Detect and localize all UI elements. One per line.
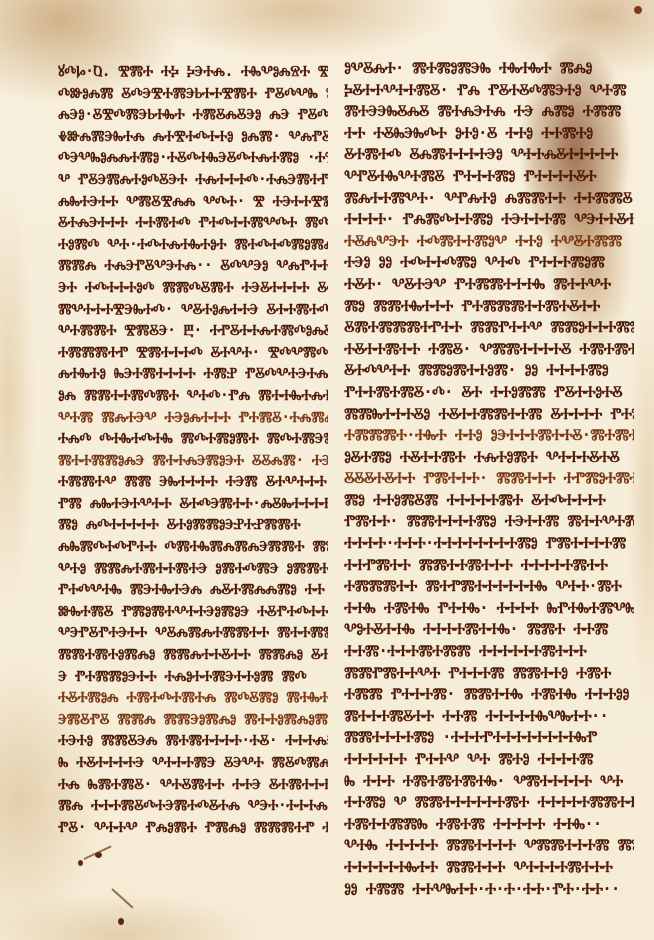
text-line: Ⰸ ⰀⰋⰀⰀⰀⰀⰅ ⰂⰀⰀⰀⰏⰅ ⰋⰅⰂⰀ ⰏⰋⰄⰏⰎ (58, 752, 328, 775)
text-line: Ⰸ ⰀⰀⰀ ⰀⰏⰀⰏⰀⰏⰀⰈ· ⰂⰏⰀⰀⰀⰀⰀ ⰂⰀ (344, 770, 634, 793)
text-line: ⰀⰏⰏⰏⰀⰒ ⰊⰏⰀⰀⰀⰄ ⰋⰀⰂⰀ· ⰊⰄⰂⰏⰄⰏⰏⰀ ⰏⰑ (58, 342, 328, 365)
text-line: ⰏⰎⰀⰀⰏⰂⰀ· ⰂⰒⰎⰀⰑ ⰎⰏⰏⰀⰀ ⰀⰀⰏⰏⰋ (344, 187, 634, 210)
text-line: ⰂⰀⰏⰏⰀ ⰊⰏⰋⰅ· Ⰱ· ⰀⰒⰋⰀⰀⰎⰀⰏⰄⰑⰎⰋ ⰏⰄ (58, 321, 328, 344)
text-line: ⰏⰀⰀⰏⰏⰑⰎⰅ ⰏⰀⰀⰎⰅⰏⰑⰅⰀ ⰋⰋⰎⰏ· ⰀⰅⰎ (58, 450, 328, 473)
text-line: ⰋⰀⰏⰀⰄ ⰋⰎⰏⰀⰀⰀⰀⰅⰑ ⰂⰀⰀⰎⰋⰀⰀⰀⰀⰀ (344, 144, 634, 167)
text-line: ⰑⰋⰀⰏⰑ ⰀⰋⰀⰀⰏⰀ ⰀⰎⰀⰑⰏⰀ ⰂⰀⰀⰀⰋⰀⰋ (344, 446, 634, 469)
text-line: ⰂⰀⰈ ⰀⰀⰀⰀⰀ ⰏⰏⰀⰀⰀⰀ ⰂⰏⰏⰀⰀⰀⰏ ⰏⰏⰀ (344, 835, 634, 858)
text-line: ⰀⰀⰏⰑ Ⰲ ⰏⰏⰀⰀⰀⰀⰀⰀⰏⰀ ⰀⰀⰀⰀⰀⰏⰏⰀⰀⰀ· (344, 792, 634, 815)
left-text-column: ꙋⰄⰘ·Ⱒ. ⰊⰏⰀ ⰀⰍ ⰍⰅⰀⰎ. ⰀⰈⰂⰑⰎⰔⰀ ⰊⰘⰟⰞⰄⰖⰑⰎⰏ ⰋⰄ… (58, 62, 328, 839)
text-line: ⰅⰏⰋⰒⰋ ⰏⰏⰎ ⰏⰏⰅⰑⰏⰎⰑ ⰏⰀⰀⰑⰏⰎⰑⰏ ⰀⰋ (58, 709, 328, 732)
text-line: ⰏⰏⰀⰀⰀⰀⰏⰑ ·ⰀⰀⰀⰒⰀⰀⰀⰀⰀⰀⰀⰀⰈⰒ (344, 727, 634, 750)
text-line: ⰎⰀⰈⰀⰑ ⰈⰅⰀⰏⰀⰀⰀⰀ ⰀⰏⰐ ⰒⰋⰄⰂⰀⰅⰀⰎⰑⰎ (58, 364, 328, 387)
text-line: ⰏⰀⰀⰀⰏⰋⰀⰀ ⰀⰀⰏ ⰀⰀⰀⰀⰀⰈⰂⰈⰀⰀ·· (344, 705, 634, 728)
manuscript-page: ꙋⰄⰘ·Ⱒ. ⰊⰏⰀ ⰀⰍ ⰍⰅⰀⰎ. ⰀⰈⰂⰑⰎⰔⰀ ⰊⰘⰟⰞⰄⰖⰑⰎⰏ ⰋⰄ… (0, 0, 654, 940)
text-line: ⰄⰖⰑⰎⰏ ⰋⰄⰅⰊⰀⰏⰅⰓⰀⰀⰊⰏⰀ ⰒⰋⰄⰂⰈ Ⰿ (58, 83, 328, 106)
text-line: ⰏⰂⰀⰀⰀⰊⰅⰈⰀⰄ· ⰂⰋⰀⰑⰎⰀⰀⰅ ⰋⰀⰀⰏⰀⰄ (58, 299, 328, 322)
text-line: ⰀⰀⰀⰀ·ⰀⰀⰀ·ⰀⰀⰀⰀⰀⰀⰀⰀⰏⰑ ⰒⰏⰀⰀⰀⰀⰏ (344, 533, 634, 556)
text-line: ⰋⰀⰄⰂⰀⰀ ⰏⰏⰑⰏⰀⰀⰑⰏ· ⰑⰑ ⰀⰀⰀⰀⰏⰑ (344, 360, 634, 383)
text-line: ⰂⰒⰋⰀⰈⰂⰀⰏⰋ ⰒⰀⰀⰀⰏⰑ ⰒⰀⰀⰀⰀⰋⰀ (344, 165, 634, 188)
text-line: ⰋⰀⰎⰅⰀⰀⰀ ⰀⰀⰏⰀⰄ ⰒⰀⰄⰀⰀⰏⰂⰄⰀ ⰏⰄ (58, 213, 328, 236)
text-line: ⰀⰅⰀⰑ ⰏⰏⰋⰅⰎ ⰏⰀⰏⰀⰀⰀⰀ·ⰀⰋ· ⰀⰀⰀⰎⰅⰀ (58, 731, 328, 754)
text-line: ⰒⰀⰄⰂⰀⰈ ⰏⰅⰀⰈⰀⰅⰎ ⰎⰋⰀⰏⰎⰎⰏⰑ ⰀⰀ (58, 580, 328, 603)
text-line: ⰀⰏⰏⰏⰀⰀ ⰏⰀⰒⰏⰀⰀⰀⰀⰀⰀⰈ ⰂⰀⰀ·ⰏⰀ (344, 576, 634, 599)
text-line: ⰑⰎ ⰏⰏⰀⰀⰏⰄⰏⰀ ⰂⰀⰄ·ⰒⰎ ⰏⰀⰀⰈⰀⰎⰀⰏⰎⰑ ⰎⰎ (58, 385, 328, 408)
text-line: ⰏⰏⰎ ⰀⰎⰅⰒⰋⰂⰅⰀⰎ·· ⰋⰄⰂⰅⰑ ⰂⰎⰒⰀⰀⰀⰄ Ⰵ (58, 256, 328, 279)
text-line: ⰋⰋⰋⰀⰋⰀⰀ ⰒⰏⰀⰀⰀ· ⰏⰏⰀⰀⰀ ⰀⰒⰏⰑⰀⰏⰀ (344, 468, 634, 491)
text-line: ⰀⰋⰎⰂⰅⰀ ⰀⰄⰏⰀⰀⰏⰑⰂ ⰀⰀⰑ ⰀⰂⰋⰀⰏⰏ (344, 230, 634, 253)
text-line: ⰏⰑ ⰏⰏⰀⰈⰀⰀⰀ ⰒⰀⰏⰏⰏⰀⰀⰏⰀⰋⰀⰀ (344, 295, 634, 318)
text-line: ⰀⰋⰀⰀⰏⰀⰀ ⰀⰏⰋ· ⰂⰏⰏⰀⰀⰀⰀⰋ ⰀⰏⰀⰏⰀ (344, 338, 634, 361)
text-line: ⰏⰏⰀⰏⰀⰑⰏⰎⰑ ⰏⰏⰎⰀⰀⰋⰀⰀ ⰏⰏⰎⰑ ⰋⰀⰄ (58, 644, 328, 667)
text-line: ⰀⰀⰒⰏⰀⰀ ⰏⰏⰀⰀⰏⰀⰀⰀ ⰀⰀⰀⰀⰀⰏⰀⰀ (344, 554, 634, 577)
text-line: ⰏⰀⰅⰅⰈⰋⰎⰋ ⰏⰀⰎⰅⰀⰎ ⰀⰅ ⰎⰏⰑ ⰀⰏⰏ (344, 101, 634, 124)
text-line: ⰀⰀⰀⰀ· ⰒⰎⰏⰄⰀⰀⰏⰑ ⰀⰅⰀⰀⰀⰏ ⰂⰅⰀⰀⰋⰀⰀ (344, 209, 634, 232)
right-text-column: ⰑⰂⰋⰎⰀ· ⰏⰀⰏⰑⰏⰅⰈ ⰀⰈⰀⰈⰀ ⰏⰎⰑⰍⰋⰀⰀⰂⰀⰀⰏⰋ· ⰒⰎ ⰒⰋ… (344, 58, 634, 900)
text-line: ⰒⰏⰀⰀ· ⰏⰏⰀⰀⰀⰀⰏⰑ ⰀⰅⰀⰀⰏ ⰏⰀⰀⰂⰀⰏ (344, 511, 634, 534)
text-line: ⰏⰏⰈⰀⰀⰀⰋⰑ ⰀⰋⰀⰀⰏⰏⰀⰀⰏ ⰋⰀⰀⰀⰀ ⰒⰀⰏⰏ (344, 403, 634, 426)
text-line: ⰂⰀⰑ ⰏⰏⰎⰀⰏⰀⰀⰏⰀⰅ ⰑⰏⰀⰄⰏⰅ ⰑⰏⰏⰀⰈⰀⰄⰎ (58, 558, 328, 581)
text-line: ⰀⰀⰏ·ⰀⰀⰀⰏⰀⰏⰏ ⰀⰀⰀⰀⰀⰀⰏⰀⰀⰀ (344, 640, 634, 663)
text-line: ꙋⰄⰘ·Ⱒ. ⰊⰏⰀ ⰀⰍ ⰍⰅⰀⰎ. ⰀⰈⰂⰑⰎⰔⰀ ⰊⰘⰟⰞ (58, 61, 328, 84)
text-line: ⰀⰋⰀ· ⰂⰋⰀⰅⰂ ⰒⰀⰏⰏⰀⰀⰀⰈ ⰏⰀⰀⰂⰀ (344, 273, 634, 296)
text-line: ⰑⰂⰋⰎⰀ· ⰏⰀⰏⰑⰏⰅⰈ ⰀⰈⰀⰈⰀ ⰏⰎⰑ (344, 57, 634, 80)
text-line: ⰂⰑⰀⰋⰀⰀⰈ ⰀⰀⰀⰀⰏⰀⰀⰈ· ⰏⰏⰀ ⰀⰀⰏ (344, 619, 634, 642)
text-line: ⰑⰑ ⰀⰏⰏ ⰀⰀⰂⰈⰀⰀ·Ⰰ·Ⰰ·ⰀⰀ·ⰒⰀ·ⰀⰀ·· (344, 878, 634, 901)
text-line: ⰏⰑ ⰎⰄⰀⰀⰀⰀⰀ ⰋⰀⰑⰏⰏⰑⰅⰐⰀⰐⰏⰏⰀ (58, 515, 328, 538)
text-line: ⰇⰖⰎⰏⰅⰈⰀⰎ ⰎⰀⰊⰀⰄⰀⰀⰑ ⰑⰎⰏ· ⰂⰎⰒⰋⰎ, (58, 126, 328, 149)
text-line: ⰅⰀ ⰀⰄⰀⰀⰀⰑⰄ ⰏⰏⰄⰋⰏⰀ ⰀⰅⰋⰀⰀⰀⰀ ⰋⰀⰀ· (58, 277, 328, 300)
text-line: ⰒⰀⰀⰏⰀⰏⰋ·Ⰴ· ⰋⰀ ⰀⰀⰑⰏⰏ ⰒⰋⰀⰀⰑⰀⰋ (344, 381, 634, 404)
text-line: ⰒⰋ· ⰂⰀⰀⰂ ⰒⰎⰑⰏⰀ ⰒⰏⰎⰑ ⰏⰏⰏⰀⰒ ⰀⰄ Ⰰ (58, 817, 328, 840)
text-line: ⰎⰈⰏⰄⰀⰄⰒⰀⰀ ⰄⰏⰀⰈⰏⰎⰏⰎⰅⰏⰏⰀ ⰏⰏⰏⰏⰀ (58, 537, 328, 560)
text-line: ⰂⰅⰒⰋⰒⰀⰅⰀⰀ ⰂⰋⰎⰏⰎⰀⰏⰏⰀⰀ ⰏⰀⰀⰏⰏ· (58, 623, 328, 646)
text-line: ⰎⰈⰀⰅⰀⰀ ⰂⰏⰋⰊⰎⰎ ⰂⰄⰀ· Ⰺ ⰀⰅⰀⰀⰊⰏⰀⰅⰎ (58, 191, 328, 214)
text-line: ⰀⰋⰀⰏⰑⰎ ⰀⰏⰀⰄⰀⰏⰀⰎ ⰏⰄⰋⰏⰑ ⰏⰀⰈⰀⰏⰀ (58, 688, 328, 711)
text-line: ⰏⰏⰒⰏⰀⰀⰂⰀ ⰒⰀⰀⰀⰏ ⰏⰏⰀⰀⰑ ⰀⰏⰀ (344, 662, 634, 685)
ink-blot (118, 918, 124, 925)
text-line: ⰀⰀⰈ ⰀⰏⰀⰈ ⰒⰀⰀⰈ· ⰀⰀⰀⰀ ⰈⰒⰀⰈⰀⰏⰂⰈ Ⰸ (344, 597, 634, 620)
text-line: ⰀⰏⰏⰀⰂ ⰏⰏ ⰅⰈⰀⰀⰀⰀ ⰀⰅⰏ ⰋⰀⰂⰀⰀⰀ (58, 472, 328, 495)
text-line: ⰀⰀⰀⰀⰀⰀ ⰒⰀⰀⰂ ⰂⰀ ⰏⰀⰑ ⰀⰀⰀⰀⰏ (344, 748, 634, 771)
pen-streak (111, 888, 133, 908)
text-line: Ⰲ ⰒⰋⰅⰏⰎⰀⰑⰄⰋⰅⰀ ⰀⰎⰀⰀⰀⰄ·ⰀⰎⰅⰏⰀⰒ·ⰖⰅ (58, 169, 328, 192)
text-line: ⰄⰅⰂⰈⰑⰎⰎⰀⰏⰑ·ⰀⰋⰄⰀⰈⰅⰋⰄⰀⰎⰀⰏⰑ ·ⰀⰊⰄ (58, 148, 328, 171)
text-line: ⰀⰅⰑ ⰑⰑ ⰀⰄⰀⰀⰄⰏⰑ ⰂⰀⰄ ⰒⰀⰀⰀⰏⰑⰏ (344, 252, 634, 275)
text-line: ⰋⰏⰀⰏⰏⰏⰀⰒⰀⰀ ⰏⰏⰒⰀⰀⰂ ⰏⰏⰑⰀⰀⰀⰏⰏ (344, 317, 634, 340)
text-line: ⰀⰑⰏⰄ ⰂⰀ·ⰀⰄⰀⰎⰀⰈⰀⰑⰀ ⰏⰀⰄⰀⰄⰏⰑⰏⰎⰑ (58, 234, 328, 257)
text-line: ⰎⰅⰑ·ⰋⰊⰄⰏⰅⰓⰀⰈⰀ ⰀⰏⰋⰎⰋⰅⰑ ⰎⰅ ⰒⰋⰄⰂⰀ (58, 105, 328, 128)
text-line: Ⰵ ⰒⰀⰏⰏⰑⰅⰀⰀ ⰀⰎⰑⰀⰀⰏⰅⰀⰀⰑⰏ ⰏⰄ (58, 666, 328, 689)
text-line: ⰀⰀⰀⰀⰀⰀⰈⰀⰀ ⰏⰏⰀⰀⰀ ⰂⰀⰀⰀⰀⰏⰀⰀⰀ (344, 856, 634, 879)
text-line: ⰖⰈⰀⰏⰋ ⰒⰏⰑⰏⰀⰂⰀⰀⰅⰑⰏⰑⰅ ⰀⰋⰒⰀⰄⰀⰀⰀ (58, 601, 328, 624)
text-line: ⰀⰏⰏ ⰒⰀⰀⰀⰏ· ⰏⰏⰀⰀⰈ ⰀⰏⰀⰈ ⰀⰀⰀⰑⰑ (344, 684, 634, 707)
text-line: ⰀⰏⰏⰏⰀ·ⰀⰈⰀ ⰀⰀⰑ ⰑⰅⰀⰀⰀⰏⰀⰀⰋ·ⰏⰀⰏⰀ (344, 425, 634, 448)
text-line: ⰀⰀ ⰀⰋⰈⰅⰈⰄⰀ ⰑⰀⰑ·Ⰻ ⰀⰀⰑ ⰀⰀⰏⰀⰑ (344, 122, 634, 145)
text-line: ⰏⰎ ⰀⰀⰀⰏⰋⰄⰀⰅⰏⰀⰄⰋⰀⰎ ⰂⰅⰀ·ⰀⰀⰀⰎ (58, 796, 328, 819)
text-line: ⰏⰑ ⰀⰀⰑⰏⰋⰏ ⰀⰀⰀⰀⰀⰏⰀ ⰋⰀⰄⰀⰀⰀⰀ (344, 489, 634, 512)
text-line: ⰀⰎⰄ ⰄⰀⰈⰀⰄⰀⰈ ⰏⰄⰀⰏⰑⰏⰀ ⰏⰄⰀⰏⰅⰏⰏⰏ·ⰒⰋ (58, 429, 328, 452)
text-line: ⰀⰎ ⰈⰏⰀⰏⰋ· ⰂⰀⰋⰏⰀⰀ ⰀⰀⰅ ⰋⰀⰏⰀⰀⰀ (58, 774, 328, 797)
text-line: ⰀⰏⰀⰀⰏⰏⰈ ⰀⰏⰀⰏ ⰀⰀⰀⰀⰀ ⰀⰀⰈ·· (344, 813, 634, 836)
text-line: ⰒⰏ ⰎⰈⰀⰅⰀⰂⰀⰀ ⰋⰀⰄⰅⰏⰀⰀ·ⰎⰋⰈⰀⰀⰀⰀ (58, 493, 328, 516)
text-line: ⰂⰀⰏ ⰏⰎⰀⰅⰂ ⰀⰅⰑⰎⰀⰀⰀ ⰒⰀⰏⰋ·ⰀⰎⰏⰎ (58, 407, 328, 430)
ink-blot (78, 860, 83, 866)
text-line: ⰍⰋⰀⰀⰂⰀⰀⰏⰋ· ⰒⰎ ⰒⰋⰀⰋⰄⰏⰅⰀⰑ ⰂⰀⰏ (344, 79, 634, 102)
stain-spot (634, 6, 642, 14)
